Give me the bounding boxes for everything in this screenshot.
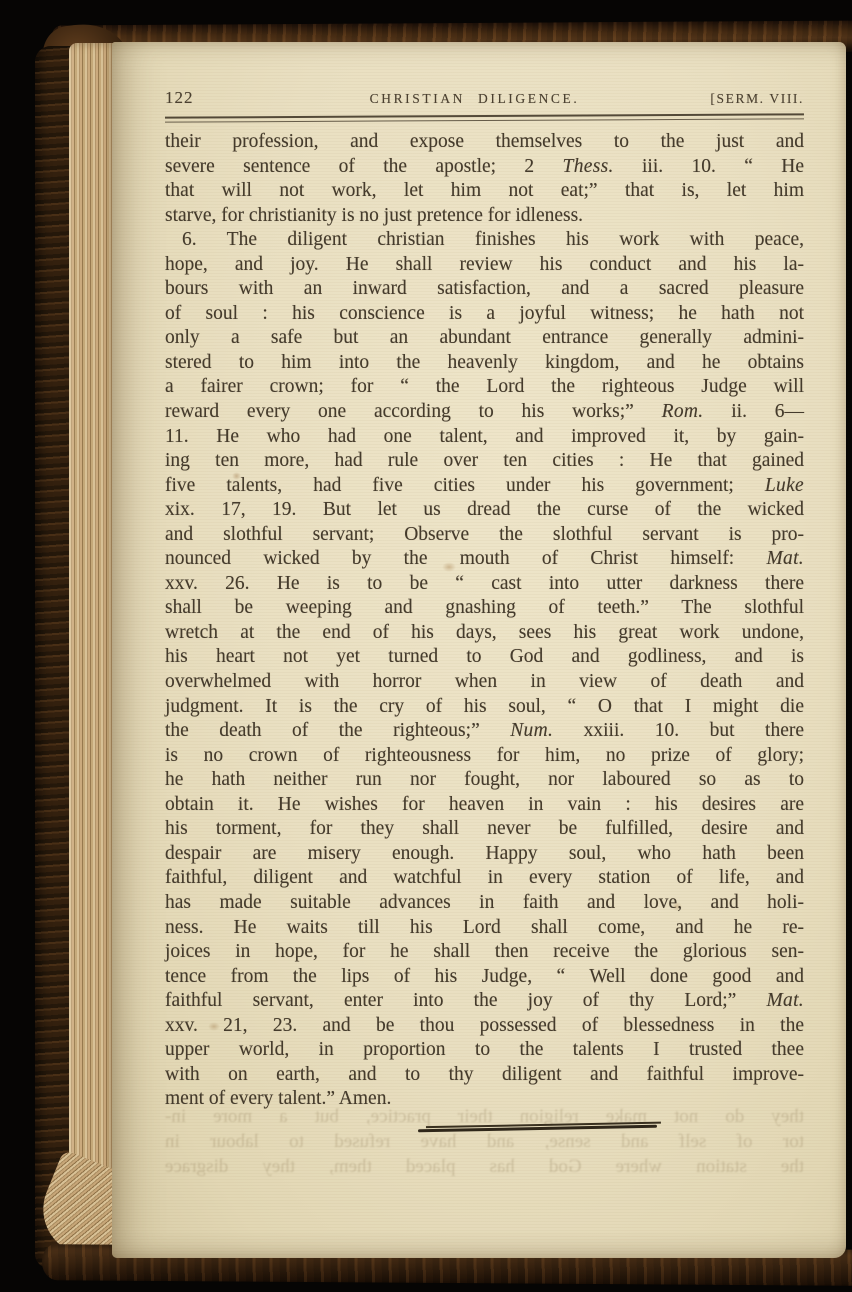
text-line: their profession, and expose themselves … — [165, 130, 804, 155]
text-line: obtain it. He wishes for heaven in vain … — [165, 793, 804, 818]
text-line: wretch at the end of his days, sees his … — [165, 621, 804, 646]
text-line: tence from the lips of his Judge, “ Well… — [165, 965, 804, 990]
text-line: starve, for christianity is no just pret… — [165, 204, 804, 229]
text-line: severe sentence of the apostle; 2 Thess.… — [165, 155, 804, 180]
text-line: his heart not yet turned to God and godl… — [165, 645, 804, 670]
body-text: their profession, and expose themselves … — [165, 130, 804, 1112]
page-header: 122 CHRISTIAN DILIGENCE. [SERM. VIII. — [165, 88, 804, 108]
text-line: faithful servant, enter into the joy of … — [165, 989, 804, 1014]
text-line: the death of the righteous;” Num. xxiii.… — [165, 719, 804, 744]
text-line: and slothful servant; Observe the slothf… — [165, 523, 804, 548]
book-page: 122 CHRISTIAN DILIGENCE. [SERM. VIII. th… — [112, 42, 846, 1258]
text-line: only a safe but an abundant entrance gen… — [165, 326, 804, 351]
text-line: bours with an inward satisfaction, and a… — [165, 277, 804, 302]
running-title: CHRISTIAN DILIGENCE. — [275, 91, 674, 107]
text-line: upper world, in proportion to the talent… — [165, 1038, 804, 1063]
book-photo: 122 CHRISTIAN DILIGENCE. [SERM. VIII. th… — [0, 0, 852, 1292]
text-line: hope, and joy. He shall review his condu… — [165, 253, 804, 278]
text-line: xix. 17, 19. But let us dread the curse … — [165, 498, 804, 523]
text-line: ing ten more, had rule over ten cities :… — [165, 449, 804, 474]
text-line: that will not work, let him not eat;” th… — [165, 179, 804, 204]
text-line: ment of every talent.” Amen. — [165, 1087, 804, 1112]
text-line: ness. He waits till his Lord shall come,… — [165, 916, 804, 941]
text-line: stered to him into the heavenly kingdom,… — [165, 351, 804, 376]
text-line: his torment, for they shall never be ful… — [165, 817, 804, 842]
text-line: faithful, diligent and watchful in every… — [165, 866, 804, 891]
section-label: [SERM. VIII. — [674, 91, 804, 107]
text-line: judgment. It is the cry of his soul, “ O… — [165, 695, 804, 720]
text-line: shall be weeping and gnashing of teeth.”… — [165, 596, 804, 621]
showthrough-line: the station where God has placed them, t… — [165, 1154, 804, 1179]
showthrough-line: tor of self and sense, and have refused … — [165, 1129, 804, 1154]
text-line: five talents, had five cities under his … — [165, 474, 804, 499]
text-line: joices in hope, for he shall then receiv… — [165, 940, 804, 965]
header-rule — [165, 113, 804, 122]
text-line: with on earth, and to thy diligent and f… — [165, 1063, 804, 1088]
text-line: he hath neither run nor fought, nor labo… — [165, 768, 804, 793]
text-line: despair are misery enough. Happy soul, w… — [165, 842, 804, 867]
text-line: xxv. 26. He is to be “ cast into utter d… — [165, 572, 804, 597]
text-line: 11. He who had one talent, and improved … — [165, 425, 804, 450]
text-line: xxv. 21, 23. and be thou possessed of bl… — [165, 1014, 804, 1039]
page-number: 122 — [165, 88, 275, 108]
text-line: 6. The diligent christian finishes his w… — [165, 228, 804, 253]
text-line: overwhelmed with horror when in view of … — [165, 670, 804, 695]
text-line: reward every one according to his works;… — [165, 400, 804, 425]
showthrough-text: they do not make religion their practice… — [165, 1104, 804, 1179]
page-content: 122 CHRISTIAN DILIGENCE. [SERM. VIII. th… — [112, 42, 846, 1258]
text-line: a fairer crown; for “ the Lord the right… — [165, 375, 804, 400]
text-line: of soul : his conscience is a joyful wit… — [165, 302, 804, 327]
text-line: has made suitable advances in faith and … — [165, 891, 804, 916]
text-line: is no crown of righteousness for him, no… — [165, 744, 804, 769]
text-line: nounced wicked by the mouth of Christ hi… — [165, 547, 804, 572]
